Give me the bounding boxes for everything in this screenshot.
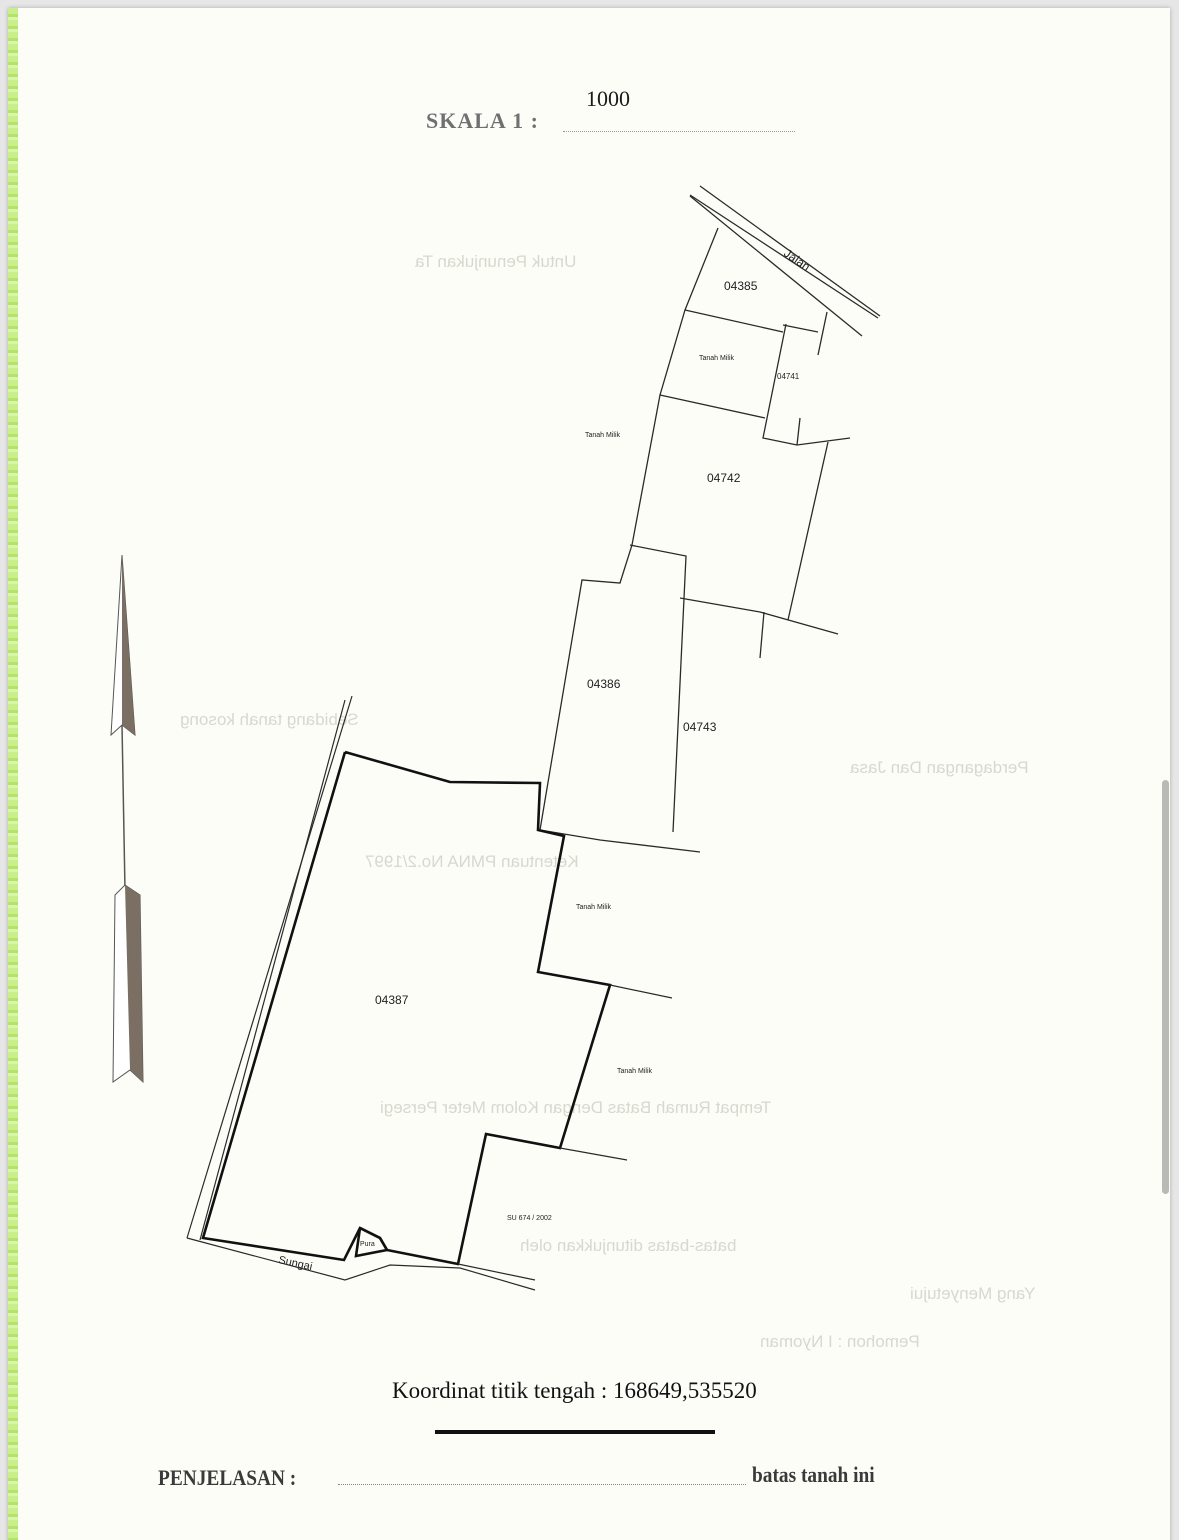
explanation-dotted-line <box>338 1484 746 1485</box>
private-land-label: Tanah Milik <box>585 432 621 439</box>
explanation-label: PENJELASAN : <box>158 1465 296 1491</box>
road-label: Jalan <box>781 246 813 274</box>
private-land-label: Tanah Milik <box>576 904 612 911</box>
parcel-label-04386: 04386 <box>587 677 621 691</box>
parcel-label-04742: 04742 <box>707 471 741 485</box>
land-parcel-map: Jalan 04385 Tanah Milik 04741 Tanah Mili… <box>0 0 1179 1540</box>
north-arrow-icon <box>111 555 143 1082</box>
private-land-label: Tanah Milik <box>699 355 735 362</box>
parcel-label-04743: 04743 <box>683 720 717 734</box>
parcel-label-04385: 04385 <box>724 279 758 293</box>
center-coordinate: Koordinat titik tengah : 168649,535520 <box>392 1378 757 1404</box>
temple-label: Pura <box>360 1241 375 1248</box>
river-label: Sungai <box>277 1254 313 1273</box>
private-land-label: Tanah Milik <box>617 1068 653 1075</box>
parcel-label-04741: 04741 <box>777 372 800 381</box>
divider-rule <box>435 1430 715 1434</box>
coordinate-label: Koordinat titik tengah : <box>392 1378 607 1403</box>
parcel-label-04387: 04387 <box>375 993 409 1007</box>
coordinate-value: 168649,535520 <box>613 1378 757 1403</box>
explanation-suffix: batas tanah ini <box>752 1462 875 1488</box>
certificate-label: SU 674 / 2002 <box>507 1215 552 1222</box>
